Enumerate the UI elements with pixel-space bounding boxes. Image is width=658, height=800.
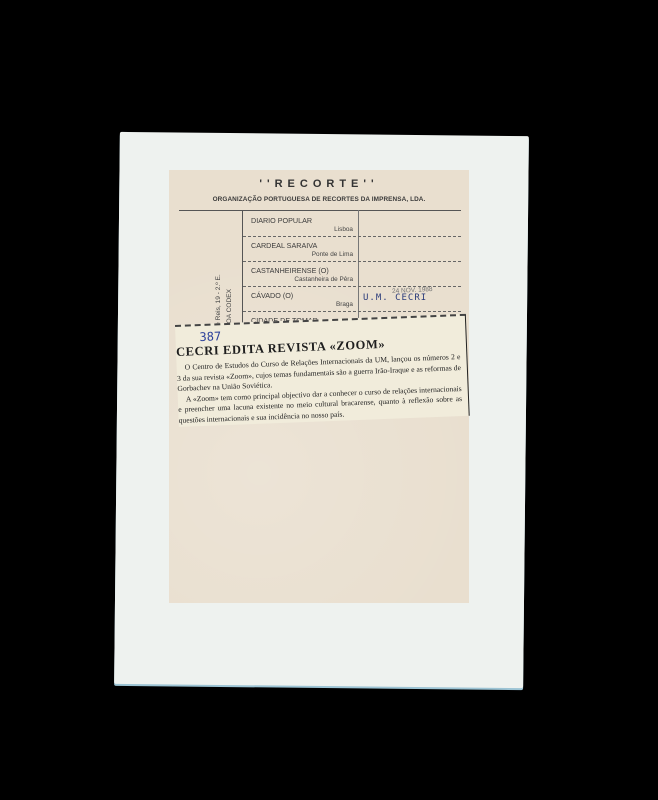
publication-name: CÁVADO (O) bbox=[251, 291, 293, 300]
publication-place: Braga bbox=[336, 301, 353, 308]
publication-row: CARDEAL SARAIVA Ponte de Lima bbox=[243, 237, 461, 262]
publication-place: Ponte de Lima bbox=[312, 251, 353, 258]
divider bbox=[179, 210, 461, 211]
header-title: ''RECORTE'' bbox=[169, 178, 469, 190]
newspaper-clipping: 387 CECRI EDITA REVISTA «ZOOM» O Centro … bbox=[175, 314, 470, 427]
publication-name: CARDEAL SARAIVA bbox=[251, 241, 317, 250]
publication-place: Castanheira de Pêra bbox=[294, 276, 353, 283]
publication-row: CASTANHEIRENSE (O) Castanheira de Pêra bbox=[243, 262, 461, 287]
handwritten-number: 387 bbox=[199, 329, 221, 344]
publication-place: Lisboa bbox=[334, 226, 353, 233]
clipping-body: O Centro de Estudos do Curso de Relações… bbox=[176, 352, 462, 426]
header-subtitle: ORGANIZAÇÃO PORTUGUESA DE RECORTES DA IM… bbox=[169, 196, 469, 203]
publication-row: CÁVADO (O) Braga U.M. CECRI 24 NOV. 1988 bbox=[243, 287, 461, 312]
publication-name: CASTANHEIRENSE (O) bbox=[251, 266, 329, 275]
publication-row: DIARIO POPULAR Lisboa bbox=[243, 212, 461, 237]
publication-name: DIARIO POPULAR bbox=[251, 216, 312, 225]
